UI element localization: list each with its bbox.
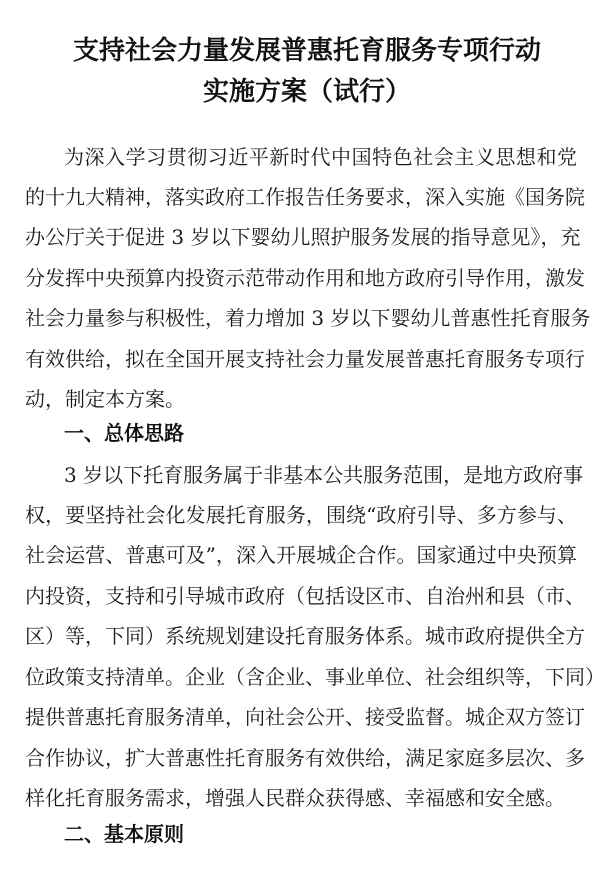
paragraph-line: 区）等，下同）系统规划建设托育服务体系。城市政府提供全方: [25, 616, 577, 656]
document-title-line2: 实施方案（试行）: [0, 71, 614, 108]
paragraph-line: 办公厅关于促进 3 岁以下婴幼儿照护服务发展的指导意见》，充: [25, 217, 577, 257]
section-heading-1: 一、总体思路: [64, 413, 184, 453]
paragraph-line: 内投资，支持和引导城市政府（包括设区市、自治州和县（市、: [25, 576, 577, 616]
paragraph-line: 合作协议，扩大普惠性托育服务有效供给，满足家庭多层次、多: [25, 738, 577, 778]
paragraph-line: 社会运营、普惠可及”，深入开展城企合作。国家通过中央预算: [25, 535, 577, 575]
paragraph-line: 权，要坚持社会化发展托育服务，围绕“政府引导、多方参与、: [25, 495, 577, 535]
paragraph-line: 提供普惠托育服务清单，向社会公开、接受监督。城企双方签订: [25, 697, 577, 737]
paragraph-line: 社会力量参与积极性，着力增加 3 岁以下婴幼儿普惠性托育服务: [25, 298, 577, 338]
paragraph-line: 样化托育服务需求，增强人民群众获得感、幸福感和安全感。: [25, 778, 577, 818]
paragraph-line: 有效供给，拟在全国开展支持社会力量发展普惠托育服务专项行: [25, 339, 577, 379]
paragraph-line: 位政策支持清单。企业（含企业、事业单位、社会组织等，下同）: [25, 657, 577, 697]
paragraph-line: 为深入学习贯彻习近平新时代中国特色社会主义思想和党: [64, 137, 577, 177]
document-title-line1: 支持社会力量发展普惠托育服务专项行动: [0, 30, 614, 67]
paragraph-line: 3 岁以下托育服务属于非基本公共服务范围，是地方政府事: [64, 455, 577, 495]
section-heading-2: 二、基本原则: [64, 814, 184, 854]
paragraph-line: 的十九大精神，落实政府工作报告任务要求，深入实施《国务院: [25, 177, 577, 217]
paragraph-line: 分发挥中央预算内投资示范带动作用和地方政府引导作用，激发: [25, 258, 577, 298]
